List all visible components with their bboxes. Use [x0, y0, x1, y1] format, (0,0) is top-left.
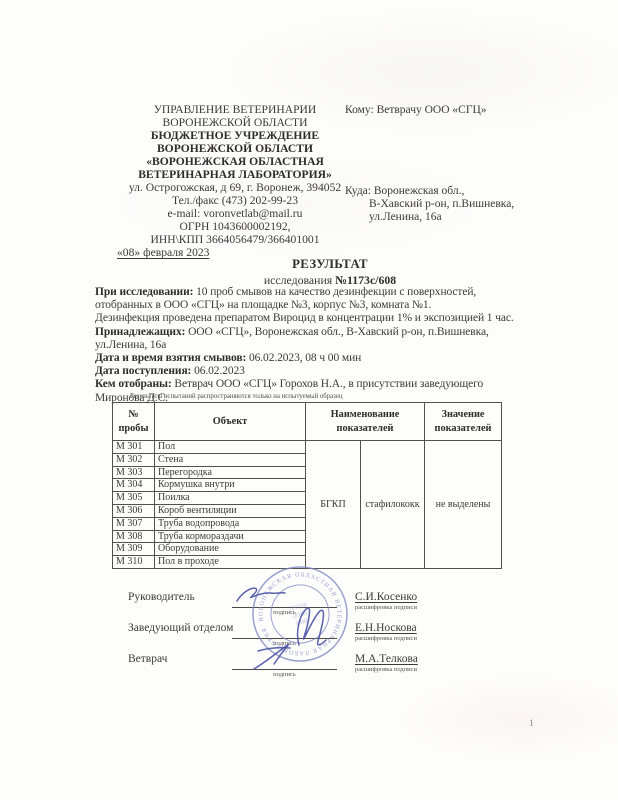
org-line: ВОРОНЕЖСКОЙ ОБЛАСТИ: [75, 116, 395, 129]
result-subtitle-prefix: исследования: [264, 273, 335, 287]
sample-number-cell: М 307: [113, 517, 155, 530]
sample-number-cell: М 310: [113, 556, 155, 569]
result-title-block: РЕЗУЛЬТАТ исследования №1173с/608: [140, 257, 520, 288]
signature-name-caption: расшифровка подписи: [355, 635, 417, 642]
org-line: «ВОРОНЕЖСКАЯ ОБЛАСТНАЯ: [75, 155, 395, 168]
kuda-line: ул.Ленина, 16а: [369, 211, 514, 224]
results-table: № пробы Объект Наименование показателей …: [112, 402, 502, 569]
body-value: 06.02.2023, 08 ч 00 мин: [246, 352, 361, 364]
header-object: Объект: [155, 403, 306, 441]
table-header-row: № пробы Объект Наименование показателей …: [113, 403, 502, 441]
org-line: БЮДЖЕТНОЕ УЧРЕЖДЕНИЕ: [75, 129, 395, 142]
object-cell: Пол: [155, 441, 306, 454]
signature-squiggle-vet-bar: [258, 648, 290, 651]
indicator-bgkp-cell: БГКП: [306, 441, 361, 569]
object-cell: Короб вентиляции: [155, 504, 306, 517]
result-title: РЕЗУЛЬТАТ: [140, 257, 520, 272]
signature-caption: подпись: [232, 671, 337, 678]
result-value-cell: не выделены: [425, 441, 502, 569]
body-label: Кем отобраны:: [95, 378, 172, 390]
table-disclaimer-note: Результаты испытаний распространяются то…: [130, 393, 342, 400]
page-number: 1: [529, 719, 534, 729]
sample-number-cell: М 303: [113, 466, 155, 479]
object-cell: Кормушка внутри: [155, 479, 306, 492]
org-address-line: ИНН\КПП 3664056479/366401001: [75, 233, 395, 246]
kuda-line: В-Хавский р-он, п.Вишневка,: [369, 198, 514, 211]
komu-label: Кому:: [345, 104, 374, 116]
signature-name: Е.Н.Носкова: [355, 622, 417, 634]
object-cell: Пол в проходе: [155, 556, 306, 569]
body-paragraph: Дезинфекция проведена препаратом Вироцид…: [95, 312, 532, 325]
object-cell: Перегородка: [155, 466, 306, 479]
body-paragraph: Дата и время взятия смывов: 06.02.2023, …: [95, 352, 532, 365]
signature-role: Ветврач: [128, 653, 167, 665]
signature-line: [232, 623, 337, 639]
signature-caption: подпись: [232, 609, 337, 616]
header-indicator-value: Значение показателей: [425, 403, 502, 441]
body-paragraph: Дата поступления: 06.02.2023: [95, 365, 532, 378]
body-label: Дата поступления:: [95, 365, 191, 377]
signature-caption: подпись: [232, 640, 337, 647]
body-paragraph: Кем отобраны: Ветврач ООО «СГЦ» Горохов …: [95, 378, 532, 404]
sample-number-cell: М 305: [113, 492, 155, 505]
object-cell: Стена: [155, 453, 306, 466]
komu-value: Ветврачу ООО «СГЦ»: [377, 104, 487, 116]
object-cell: Труба кормораздачи: [155, 530, 306, 543]
body-value: Дезинфекция проведена препаратом Вироцид…: [95, 312, 514, 324]
signature-name: М.А.Телкова: [355, 653, 418, 665]
signature-name: С.И.Косенко: [355, 591, 417, 603]
sample-number-cell: М 309: [113, 543, 155, 556]
sample-number-cell: М 304: [113, 479, 155, 492]
org-line: ВОРОНЕЖСКОЙ ОБЛАСТИ: [75, 142, 395, 155]
body-label: Принадлежащих:: [95, 326, 185, 338]
sample-number-cell: М 302: [113, 453, 155, 466]
destination-block: Куда: Воронежская обл., В-Хавский р-он, …: [345, 185, 514, 225]
kuda-value: Воронежская обл.,: [374, 185, 465, 197]
header-indicator-name: Наименование показателей: [306, 403, 425, 441]
body-value: 06.02.2023: [191, 365, 245, 377]
sample-number-cell: М 306: [113, 504, 155, 517]
object-cell: Оборудование: [155, 543, 306, 556]
signature-name-caption: расшифровка подписи: [355, 604, 417, 611]
kuda-label: Куда:: [345, 185, 371, 197]
sample-number-cell: М 301: [113, 441, 155, 454]
sample-number-cell: М 308: [113, 530, 155, 543]
body-label: Дата и время взятия смывов:: [95, 352, 246, 364]
signature-name-caption: расшифровка подписи: [355, 666, 417, 673]
body-paragraph: Принадлежащих: ООО «СГЦ», Воронежская об…: [95, 326, 532, 352]
table-row: М 301 Пол БГКП стафилококк не выделены: [113, 441, 502, 454]
object-cell: Поилка: [155, 492, 306, 505]
signature-line: [232, 592, 337, 608]
header-sample-number: № пробы: [113, 403, 155, 441]
recipient-line: Кому: Ветврачу ООО «СГЦ»: [345, 104, 487, 117]
scanned-document-page: УПРАВЛЕНИЕ ВЕТЕРИНАРИИ ВОРОНЕЖСКОЙ ОБЛАС…: [0, 0, 618, 800]
body-label: При исследовании:: [95, 286, 193, 298]
body-paragraph: При исследовании: 10 проб смывов на каче…: [95, 286, 532, 312]
object-cell: Труба водопровода: [155, 517, 306, 530]
signature-role: Заведующий отделом: [128, 622, 233, 634]
signature-line: [232, 654, 337, 670]
indicator-staph-cell: стафилококк: [361, 441, 425, 569]
document-body: При исследовании: 10 проб смывов на каче…: [95, 286, 532, 405]
signature-role: Руководитель: [128, 591, 195, 603]
kuda-line: Куда: Воронежская обл.,: [345, 185, 514, 198]
result-number: №1173с/608: [335, 273, 396, 287]
org-line: ВЕТЕРИНАРНАЯ ЛАБОРАТОРИЯ»: [75, 168, 395, 181]
